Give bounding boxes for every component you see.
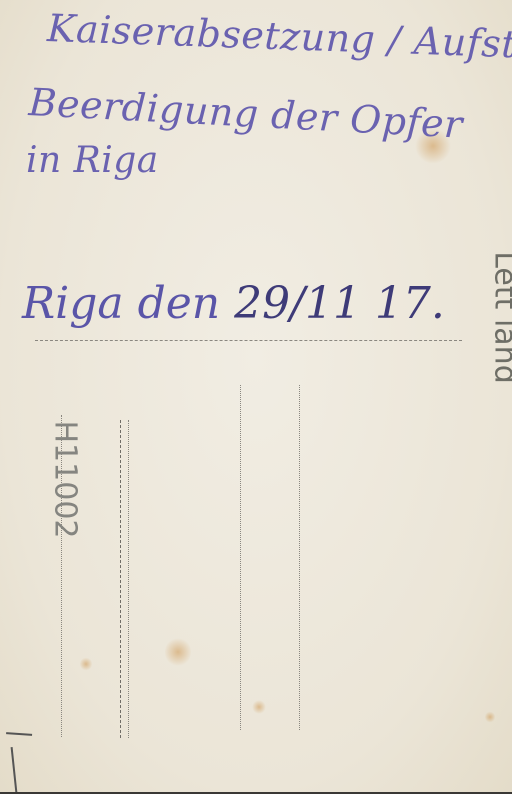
handwritten-title-line-1: Kaiserabsetzung / Aufstand	[46, 6, 512, 69]
vertical-dotted-line	[120, 420, 121, 738]
handwritten-title-line-2: Beerdigung der Opfer	[28, 80, 464, 147]
address-divider-line	[35, 340, 462, 341]
handwritten-title-line-3: in Riga	[26, 140, 159, 181]
archive-number: H11002	[48, 415, 83, 545]
corner-mark-stem	[11, 747, 18, 793]
vertical-dotted-line	[240, 385, 241, 730]
corner-pencil-mark	[6, 733, 20, 791]
place-date-line: Riga den29/11 17.	[22, 278, 445, 329]
margin-note: Lett land	[488, 233, 512, 403]
foxing-stain	[485, 711, 495, 723]
postcard-back: Kaiserabsetzung / Aufstand Beerdigung de…	[0, 0, 512, 794]
place: Riga den	[22, 278, 220, 329]
foxing-stain	[252, 700, 266, 714]
date: 29/11 17.	[234, 278, 445, 329]
foxing-stain	[80, 657, 92, 671]
vertical-dotted-line	[128, 420, 129, 738]
foxing-stain	[165, 637, 191, 667]
vertical-dotted-line	[299, 385, 300, 730]
corner-mark-top	[6, 732, 32, 739]
